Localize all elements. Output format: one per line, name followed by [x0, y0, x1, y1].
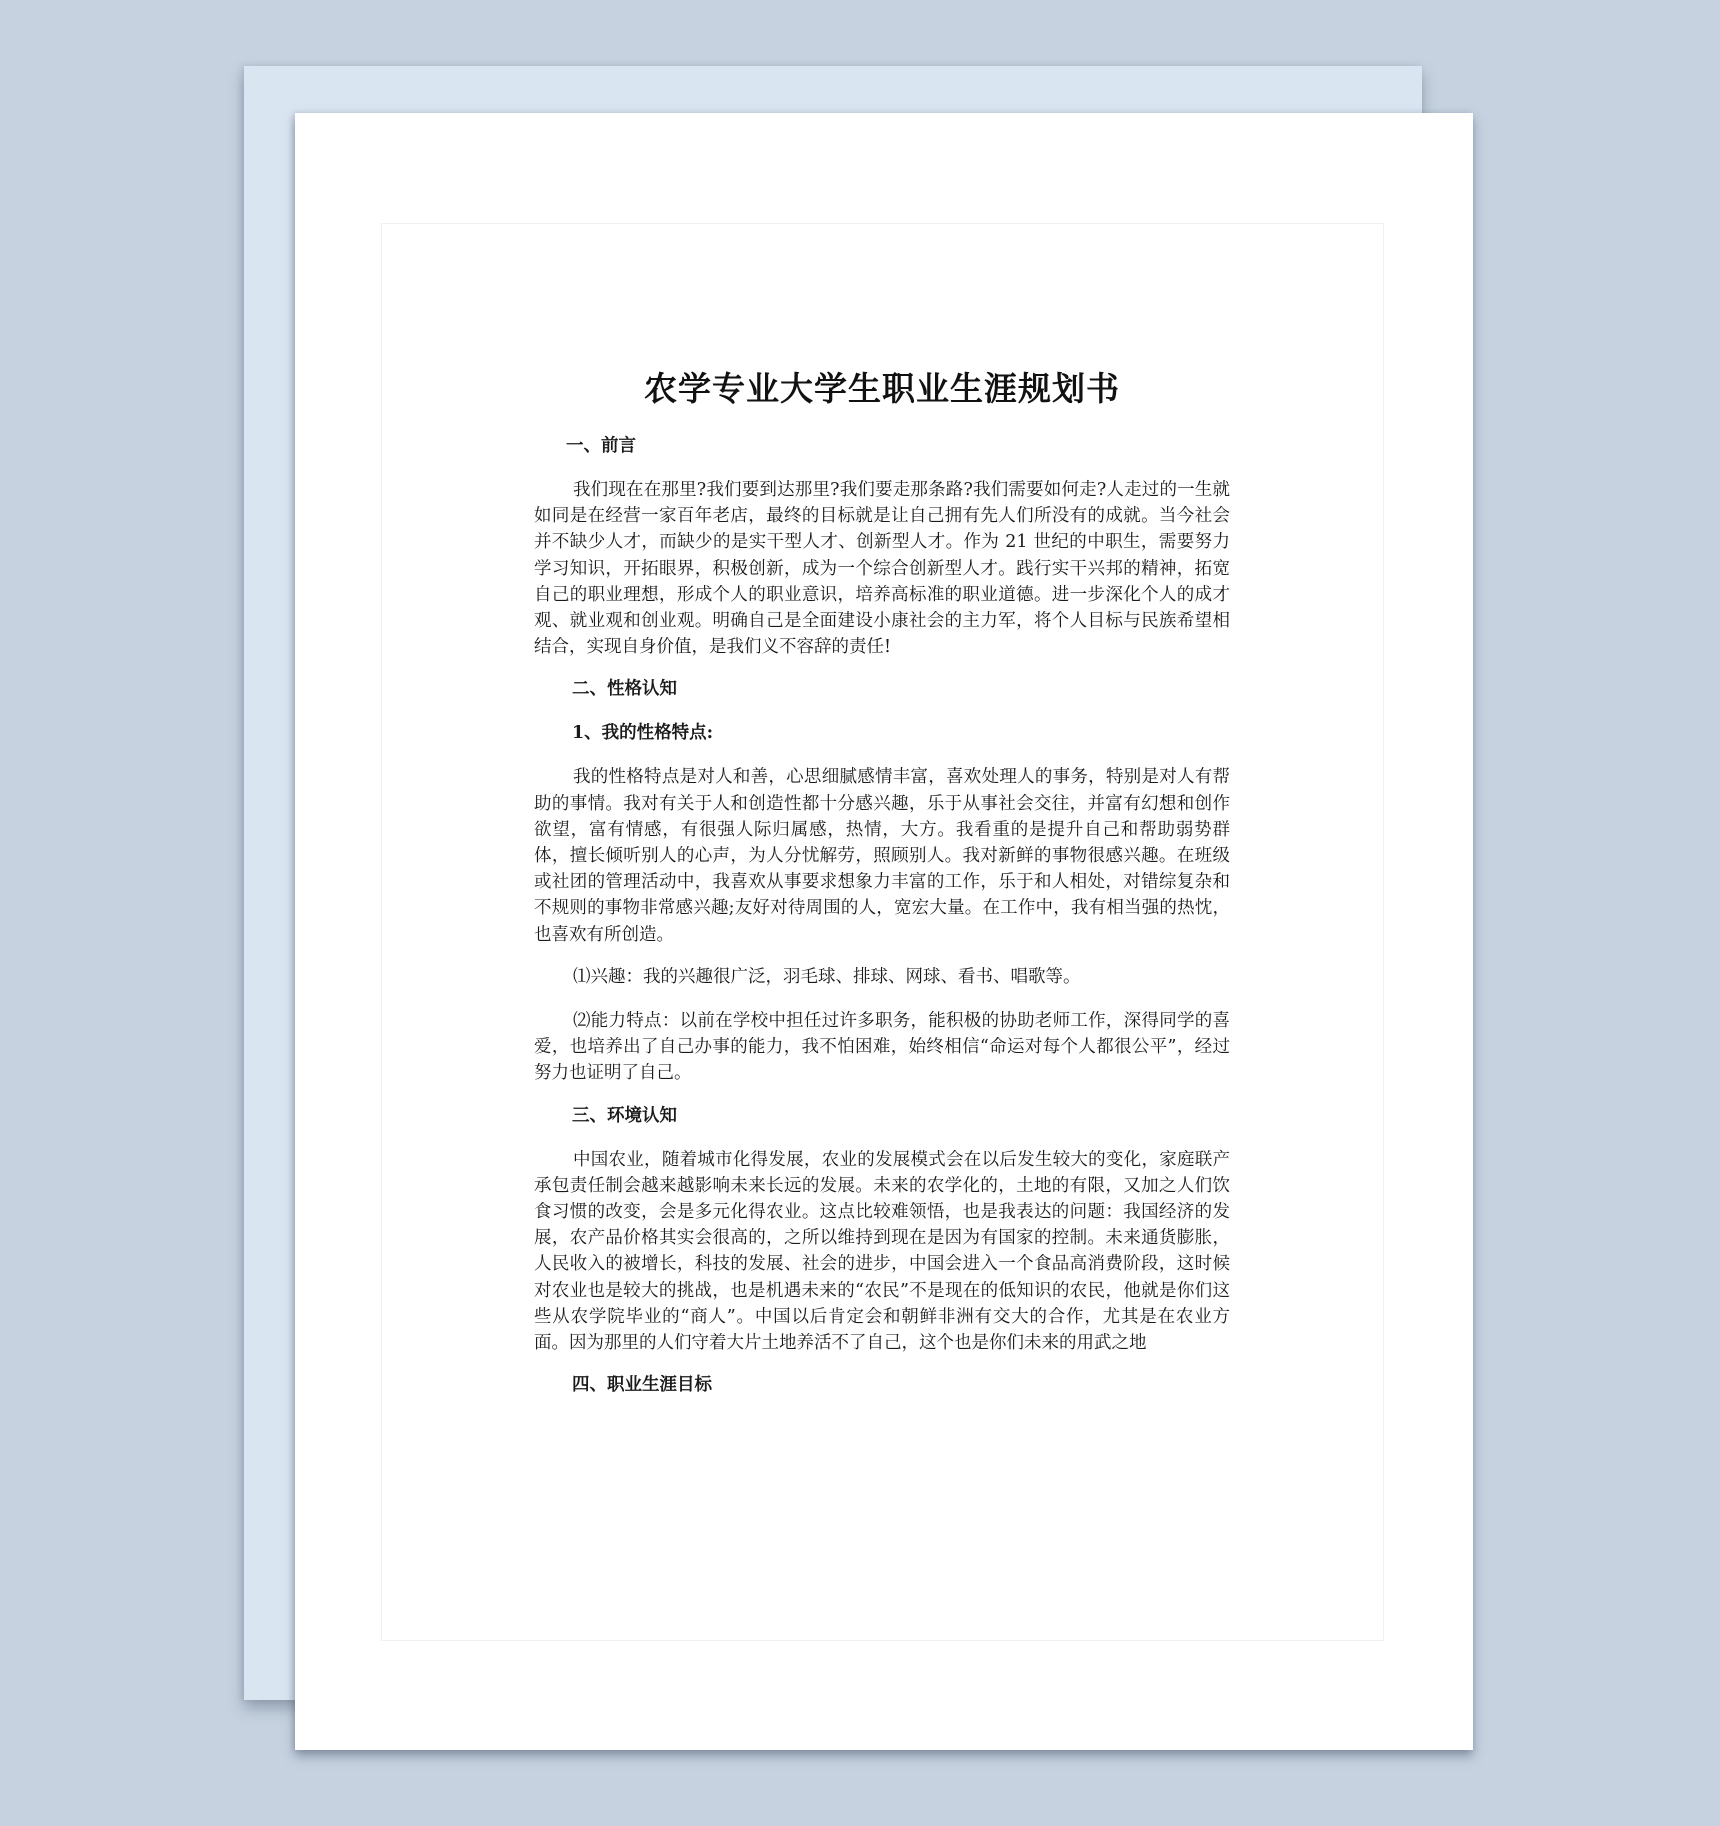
- document-title: 农学专业大学生职业生涯规划书: [534, 365, 1230, 413]
- section-heading-career-goals: 四、职业生涯目标: [534, 1372, 1230, 1398]
- paragraph-interests: ⑴兴趣：我的兴趣很广泛，羽毛球、排球、网球、看书、唱歌等。: [534, 964, 1230, 990]
- section-heading-personality: 二、性格认知: [534, 676, 1230, 702]
- document-body: 农学专业大学生职业生涯规划书 一、前言 我们现在在那里?我们要到达那里?我们要走…: [534, 365, 1230, 1416]
- section-heading-preface: 一、前言: [534, 433, 1230, 459]
- paragraph-environment: 中国农业，随着城市化得发展，农业的发展模式会在以后发生较大的变化，家庭联产承包责…: [534, 1147, 1230, 1357]
- paragraph-abilities: ⑵能力特点：以前在学校中担任过许多职务，能积极的协助老师工作，深得同学的喜爱，也…: [534, 1008, 1230, 1087]
- document-page: 农学专业大学生职业生涯规划书 一、前言 我们现在在那里?我们要到达那里?我们要走…: [295, 113, 1473, 1750]
- paragraph-preface: 我们现在在那里?我们要到达那里?我们要走那条路?我们需要如何走?人走过的一生就如…: [534, 477, 1230, 660]
- subheading-personality-traits: 1、我的性格特点:: [534, 720, 1230, 746]
- paragraph-personality-traits: 我的性格特点是对人和善，心思细腻感情丰富，喜欢处理人的事务，特别是对人有帮助的事…: [534, 764, 1230, 947]
- section-heading-environment: 三、环境认知: [534, 1103, 1230, 1129]
